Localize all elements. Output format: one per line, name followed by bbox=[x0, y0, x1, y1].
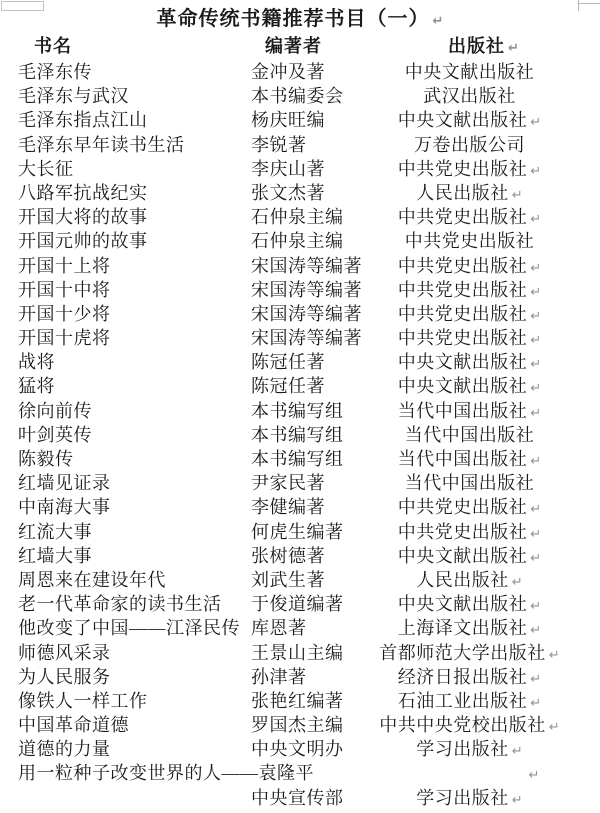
book-title-cell: 红墙大事 bbox=[0, 544, 251, 568]
author-cell: 本书编写组 bbox=[251, 399, 367, 423]
author-cell: 孙津著 bbox=[251, 665, 367, 689]
author-cell: 王景山主编 bbox=[251, 641, 367, 665]
line-break-mark: ↵ bbox=[512, 744, 523, 759]
book-table: 毛泽东传 金冲及著 中央文献出版社 毛泽东与武汉 本书编委会 武汉出版社 毛泽东… bbox=[0, 60, 600, 810]
line-break-mark: ↵ bbox=[530, 381, 541, 396]
publisher-cell: 当代中国出版社↵ bbox=[367, 447, 572, 471]
line-break-mark: ↵ bbox=[530, 357, 541, 372]
author-cell: 李庆山著 bbox=[251, 157, 367, 181]
author-cell: 张文杰著 bbox=[251, 181, 367, 205]
line-break-mark: ↵ bbox=[530, 454, 541, 469]
publisher-cell: 当代中国出版社↵ bbox=[367, 399, 572, 423]
book-title-cell: 中南海大事 bbox=[0, 495, 251, 519]
table-row: 大长征 李庆山著 中共党史出版社↵ bbox=[0, 157, 600, 181]
publisher-name: 中央文献出版社 bbox=[398, 352, 528, 372]
publisher-name: 中共党史出版社 bbox=[398, 328, 528, 348]
publisher-name: 学习出版社 bbox=[416, 739, 509, 759]
book-title-cell: 叶剑英传 bbox=[0, 423, 251, 447]
author-cell: 宋国涛等编著 bbox=[251, 302, 367, 326]
publisher-name: 中共党史出版社 bbox=[398, 256, 528, 276]
line-break-mark: ↵ bbox=[530, 599, 541, 614]
line-break-mark: ↵ bbox=[530, 672, 541, 687]
header-book-name: 书名 bbox=[0, 33, 251, 60]
line-break-mark: ↵ bbox=[530, 164, 541, 179]
page-title: 革命传统书籍推荐书目（一） bbox=[157, 8, 430, 30]
line-break-mark: ↵ bbox=[530, 623, 541, 638]
line-break-mark: ↵ bbox=[530, 285, 541, 300]
publisher-name: 中共党史出版社 bbox=[405, 231, 535, 251]
table-row: 八路军抗战纪实 张文杰著 人民出版社↵ bbox=[0, 181, 600, 205]
book-title-cell: 像铁人一样工作 bbox=[0, 689, 251, 713]
table-row: 开国十少将 宋国涛等编著 中共党史出版社↵ bbox=[0, 302, 600, 326]
table-row: 中南海大事 李健编著 中共党史出版社↵ bbox=[0, 495, 600, 519]
line-break-mark: ↵ bbox=[530, 115, 541, 130]
publisher-name: 中央文献出版社 bbox=[398, 594, 528, 614]
book-title-cell: 战将 bbox=[0, 350, 251, 374]
book-title-cell: 老一代革命家的读书生活 bbox=[0, 592, 251, 616]
book-title-cell: 中国革命道德 bbox=[0, 713, 251, 737]
line-break-mark: ↵ bbox=[530, 527, 541, 542]
author-cell: 张树德著 bbox=[251, 544, 367, 568]
author-cell: 石仲泉主编 bbox=[251, 205, 367, 229]
book-title-cell: 八路军抗战纪实 bbox=[0, 181, 251, 205]
book-title-cell bbox=[0, 786, 251, 810]
book-title-cell: 他改变了中国——江泽民传 bbox=[0, 616, 251, 640]
author-cell: 中央文明办 bbox=[251, 737, 367, 761]
book-title-cell: 用一粒种子改变世界的人——袁隆平 bbox=[0, 761, 314, 785]
publisher-name: 当代中国出版社 bbox=[405, 425, 535, 445]
publisher-cell: 中共党史出版社↵ bbox=[367, 495, 572, 519]
line-break-mark: ↵ bbox=[530, 551, 541, 566]
publisher-cell: 中共党史出版社↵ bbox=[367, 254, 572, 278]
publisher-cell: 中央文献出版社↵ bbox=[367, 350, 572, 374]
author-cell: 尹家民著 bbox=[251, 471, 367, 495]
table-row: 中国革命道德 罗国杰主编 中共中央党校出版社↵ bbox=[0, 713, 600, 737]
publisher-name: 上海译文出版社 bbox=[398, 618, 528, 638]
margin-corner-mark-top-right-arm bbox=[578, 3, 600, 4]
table-row: 毛泽东指点江山 杨庆旺编 中央文献出版社↵ bbox=[0, 108, 600, 132]
line-break-mark: ↵ bbox=[530, 309, 541, 324]
author-cell: 石仲泉主编 bbox=[251, 229, 367, 253]
table-row: 他改变了中国——江泽民传 库恩著 上海译文出版社↵ bbox=[0, 616, 600, 640]
author-cell: 本书编写组 bbox=[251, 447, 367, 471]
publisher-name: 中共中央党校出版社 bbox=[379, 715, 546, 735]
author-cell: 金冲及著 bbox=[251, 60, 367, 84]
book-title-cell: 开国大将的故事 bbox=[0, 205, 251, 229]
book-title-cell: 毛泽东与武汉 bbox=[0, 84, 251, 108]
publisher-cell: 武汉出版社 bbox=[367, 84, 572, 108]
book-title-cell: 开国十少将 bbox=[0, 302, 251, 326]
book-title-cell: 为人民服务 bbox=[0, 665, 251, 689]
table-row: 毛泽东与武汉 本书编委会 武汉出版社 bbox=[0, 84, 600, 108]
publisher-cell: 中共党史出版社↵ bbox=[367, 326, 572, 350]
table-row: 用一粒种子改变世界的人——袁隆平 ↵ bbox=[0, 761, 600, 785]
table-row: 开国十上将 宋国涛等编著 中共党史出版社↵ bbox=[0, 254, 600, 278]
publisher-cell: 经济日报出版社↵ bbox=[367, 665, 572, 689]
publisher-cell: 中央文献出版社↵ bbox=[367, 592, 572, 616]
publisher-cell: 人民出版社↵ bbox=[367, 568, 572, 592]
table-header-row: 书名 编著者 出版社↵ bbox=[0, 33, 600, 60]
table-row: 开国大将的故事 石仲泉主编 中共党史出版社↵ bbox=[0, 205, 600, 229]
line-break-mark: ↵ bbox=[549, 720, 560, 735]
author-cell: 中央宣传部 bbox=[251, 786, 367, 810]
table-row: 开国十中将 宋国涛等编著 中共党史出版社↵ bbox=[0, 278, 600, 302]
author-cell bbox=[314, 761, 430, 785]
header-publisher-label: 出版社 bbox=[448, 36, 505, 56]
publisher-name: 中共党史出版社 bbox=[398, 497, 528, 517]
book-title-cell: 开国元帅的故事 bbox=[0, 229, 251, 253]
publisher-cell: 石油工业出版社↵ bbox=[367, 689, 572, 713]
publisher-cell: 中共党史出版社↵ bbox=[367, 278, 572, 302]
book-title-cell: 猛将 bbox=[0, 374, 251, 398]
publisher-name: 中央文献出版社 bbox=[398, 546, 528, 566]
author-cell: 宋国涛等编著 bbox=[251, 326, 367, 350]
author-cell: 陈冠任著 bbox=[251, 374, 367, 398]
book-title-cell: 开国十虎将 bbox=[0, 326, 251, 350]
table-row: 开国元帅的故事 石仲泉主编 中共党史出版社 bbox=[0, 229, 600, 253]
table-row: 叶剑英传 本书编写组 当代中国出版社 bbox=[0, 423, 600, 447]
publisher-cell: 当代中国出版社 bbox=[367, 423, 572, 447]
table-row: 陈毅传 本书编写组 当代中国出版社↵ bbox=[0, 447, 600, 471]
line-break-mark: ↵ bbox=[512, 575, 523, 590]
publisher-name: 中央文献出版社 bbox=[398, 110, 528, 130]
table-row: 红墙见证录 尹家民著 当代中国出版社 bbox=[0, 471, 600, 495]
book-title-cell: 周恩来在建设年代 bbox=[0, 568, 251, 592]
publisher-cell: 学习出版社↵ bbox=[367, 786, 572, 810]
author-cell: 刘武生著 bbox=[251, 568, 367, 592]
publisher-name: 中共党史出版社 bbox=[398, 280, 528, 300]
book-title-cell: 开国十中将 bbox=[0, 278, 251, 302]
book-title-cell: 道德的力量 bbox=[0, 737, 251, 761]
publisher-name: 中共党史出版社 bbox=[398, 159, 528, 179]
table-row: 周恩来在建设年代 刘武生著 人民出版社↵ bbox=[0, 568, 600, 592]
book-title-cell: 红流大事 bbox=[0, 520, 251, 544]
line-break-mark: ↵ bbox=[549, 648, 560, 663]
book-title-cell: 毛泽东传 bbox=[0, 60, 251, 84]
publisher-name: 武汉出版社 bbox=[423, 86, 516, 106]
line-break-mark: ↵ bbox=[530, 261, 541, 276]
publisher-cell: 中央文献出版社↵ bbox=[367, 374, 572, 398]
publisher-cell: 万卷出版公司 bbox=[367, 133, 572, 157]
table-row: 师德风采录 王景山主编 首都师范大学出版社↵ bbox=[0, 641, 600, 665]
table-row: 道德的力量 中央文明办 学习出版社↵ bbox=[0, 737, 600, 761]
line-break-mark: ↵ bbox=[530, 333, 541, 348]
author-cell: 宋国涛等编著 bbox=[251, 254, 367, 278]
book-title-cell: 毛泽东指点江山 bbox=[0, 108, 251, 132]
author-cell: 张艳红编著 bbox=[251, 689, 367, 713]
table-row: 中央宣传部 学习出版社↵ bbox=[0, 786, 600, 810]
book-title-cell: 大长征 bbox=[0, 157, 251, 181]
line-break-mark: ↵ bbox=[530, 406, 541, 421]
publisher-name: 石油工业出版社 bbox=[398, 691, 528, 711]
book-title-cell: 师德风采录 bbox=[0, 641, 251, 665]
publisher-cell: 上海译文出版社↵ bbox=[367, 616, 572, 640]
author-cell: 罗国杰主编 bbox=[251, 713, 367, 737]
publisher-cell: 中央文献出版社 bbox=[367, 60, 572, 84]
publisher-cell: 当代中国出版社 bbox=[367, 471, 572, 495]
line-break-mark: ↵ bbox=[508, 41, 519, 56]
publisher-cell: 中共党史出版社↵ bbox=[367, 205, 572, 229]
author-cell: 宋国涛等编著 bbox=[251, 278, 367, 302]
author-cell: 何虎生编著 bbox=[251, 520, 367, 544]
author-cell: 于俊道编著 bbox=[251, 592, 367, 616]
publisher-name: 中央文献出版社 bbox=[398, 376, 528, 396]
publisher-name: 学习出版社 bbox=[416, 788, 509, 808]
author-cell: 杨庆旺编 bbox=[251, 108, 367, 132]
publisher-cell: 中共党史出版社 bbox=[367, 229, 572, 253]
publisher-name: 万卷出版公司 bbox=[414, 135, 525, 155]
table-row: 毛泽东传 金冲及著 中央文献出版社 bbox=[0, 60, 600, 84]
publisher-cell: 中共党史出版社↵ bbox=[367, 157, 572, 181]
publisher-name: 中共党史出版社 bbox=[398, 304, 528, 324]
table-row: 徐向前传 本书编写组 当代中国出版社↵ bbox=[0, 399, 600, 423]
line-break-mark: ↵ bbox=[530, 502, 541, 517]
table-row: 像铁人一样工作 张艳红编著 石油工业出版社↵ bbox=[0, 689, 600, 713]
line-break-mark: ↵ bbox=[529, 768, 540, 783]
table-row: 开国十虎将 宋国涛等编著 中共党史出版社↵ bbox=[0, 326, 600, 350]
book-title-cell: 开国十上将 bbox=[0, 254, 251, 278]
line-break-mark: ↵ bbox=[433, 14, 444, 29]
book-title-cell: 陈毅传 bbox=[0, 447, 251, 471]
author-cell: 李健编著 bbox=[251, 495, 367, 519]
document-page: 革命传统书籍推荐书目（一）↵ 书名 编著者 出版社↵ 毛泽东传 金冲及著 中央文… bbox=[0, 0, 600, 813]
publisher-name: 人民出版社 bbox=[416, 570, 509, 590]
author-cell: 李锐著 bbox=[251, 133, 367, 157]
publisher-name: 人民出版社 bbox=[416, 183, 509, 203]
publisher-name: 当代中国出版社 bbox=[398, 449, 528, 469]
document-title-row: 革命传统书籍推荐书目（一）↵ bbox=[0, 5, 600, 36]
book-title-cell: 红墙见证录 bbox=[0, 471, 251, 495]
author-cell: 本书编写组 bbox=[251, 423, 367, 447]
publisher-name: 当代中国出版社 bbox=[398, 401, 528, 421]
publisher-name: 首都师范大学出版社 bbox=[379, 643, 546, 663]
author-cell: 陈冠任著 bbox=[251, 350, 367, 374]
table-row: 战将 陈冠任著 中央文献出版社↵ bbox=[0, 350, 600, 374]
publisher-cell: 中共党史出版社↵ bbox=[367, 520, 572, 544]
publisher-cell: 人民出版社↵ bbox=[367, 181, 572, 205]
header-publisher: 出版社↵ bbox=[381, 33, 586, 60]
publisher-cell: 中央文献出版社↵ bbox=[367, 544, 572, 568]
publisher-cell: 首都师范大学出版社↵ bbox=[367, 641, 572, 665]
author-cell: 库恩著 bbox=[251, 616, 367, 640]
table-row: 红流大事 何虎生编著 中共党史出版社↵ bbox=[0, 520, 600, 544]
publisher-name: 中共党史出版社 bbox=[398, 207, 528, 227]
line-break-mark: ↵ bbox=[512, 793, 523, 808]
publisher-cell: 中共党史出版社↵ bbox=[367, 302, 572, 326]
table-row: 老一代革命家的读书生活 于俊道编著 中央文献出版社↵ bbox=[0, 592, 600, 616]
table-row: 毛泽东早年读书生活 李锐著 万卷出版公司 bbox=[0, 133, 600, 157]
publisher-name: 经济日报出版社 bbox=[398, 667, 528, 687]
line-break-mark: ↵ bbox=[530, 696, 541, 711]
book-title-cell: 毛泽东早年读书生活 bbox=[0, 133, 251, 157]
publisher-cell: 学习出版社↵ bbox=[367, 737, 572, 761]
publisher-cell: 中共中央党校出版社↵ bbox=[367, 713, 572, 737]
table-row: 红墙大事 张树德著 中央文献出版社↵ bbox=[0, 544, 600, 568]
publisher-name: 中央文献出版社 bbox=[405, 62, 535, 82]
publisher-name: 中共党史出版社 bbox=[398, 522, 528, 542]
table-row: 猛将 陈冠任著 中央文献出版社↵ bbox=[0, 374, 600, 398]
table-row: 为人民服务 孙津著 经济日报出版社↵ bbox=[0, 665, 600, 689]
header-author: 编著者 bbox=[251, 33, 381, 60]
publisher-cell: ↵ bbox=[430, 761, 600, 785]
line-break-mark: ↵ bbox=[530, 212, 541, 227]
book-title-cell: 徐向前传 bbox=[0, 399, 251, 423]
line-break-mark: ↵ bbox=[512, 188, 523, 203]
publisher-name: 当代中国出版社 bbox=[405, 473, 535, 493]
author-cell: 本书编委会 bbox=[251, 84, 367, 108]
publisher-cell: 中央文献出版社↵ bbox=[367, 108, 572, 132]
